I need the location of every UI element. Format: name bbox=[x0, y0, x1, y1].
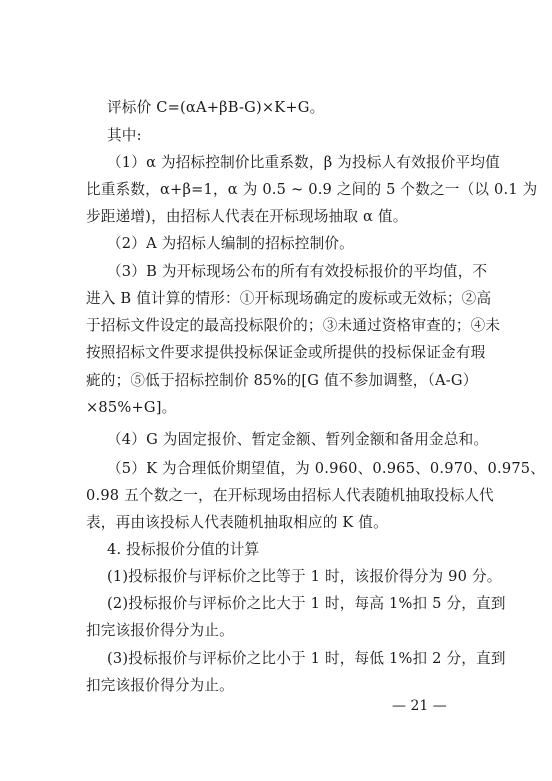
text-line: （3）B 为开标现场公布的所有有效投标报价的平均值，不 bbox=[107, 262, 462, 282]
text-line: 疵的；⑤低于招标控制价 85%的[G 值不参加调整，（A-G） bbox=[86, 371, 462, 391]
text-line: （1）α 为招标控制价比重系数，β 为投标人有效报价平均值 bbox=[107, 153, 462, 173]
text-line: 按照招标文件要求提供投标保证金或所提供的投标保证金有瑕 bbox=[86, 343, 462, 363]
text-line: 进入 B 值计算的情形：①开标现场确定的废标或无效标；②高 bbox=[86, 289, 462, 309]
text-line: 于招标文件设定的最高投标限价的；③未通过资格审查的；④未 bbox=[86, 316, 462, 336]
text-line: (1)投标报价与评标价之比等于 1 时，该报价得分为 90 分。 bbox=[107, 567, 487, 587]
text-line: (3)投标报价与评标价之比小于 1 时，每低 1%扣 2 分，直到 bbox=[107, 649, 462, 669]
page-number: — 21 — bbox=[392, 697, 447, 715]
text-line: 比重系数，α+β=1，α 为 0.5 ~ 0.9 之间的 5 个数之一（以 0.… bbox=[86, 180, 462, 200]
document-page: 评标价 C=(αA+βB-G)×K+G。其中:（1）α 为招标控制价比重系数，β… bbox=[0, 0, 552, 781]
text-line: 0.98 五个数之一，在开标现场由招标人代表随机抽取投标人代 bbox=[86, 486, 462, 506]
text-line: 其中: bbox=[107, 126, 487, 146]
text-line: 步距递增)，由招标人代表在开标现场抽取 α 值。 bbox=[86, 207, 466, 227]
text-line: 4. 投标报价分值的计算 bbox=[107, 540, 487, 560]
text-line: （5）K 为合理低价期望值，为 0.960、0.965、0.970、0.975、 bbox=[107, 459, 462, 479]
text-line: 扣完该报价得分为止。 bbox=[86, 621, 466, 641]
text-line: ×85%+G]。 bbox=[86, 398, 466, 418]
text-line: 评标价 C=(αA+βB-G)×K+G。 bbox=[107, 98, 487, 118]
text-line: （2）A 为招标人编制的招标控制价。 bbox=[107, 234, 487, 254]
text-line: 扣完该报价得分为止。 bbox=[86, 676, 466, 696]
text-line: 表，再由该投标人代表随机抽取相应的 K 值。 bbox=[86, 513, 466, 533]
text-line: (2)投标报价与评标价之比大于 1 时，每高 1%扣 5 分，直到 bbox=[107, 594, 462, 614]
text-line: （4）G 为固定报价、暂定金额、暂列金额和备用金总和。 bbox=[107, 430, 487, 450]
